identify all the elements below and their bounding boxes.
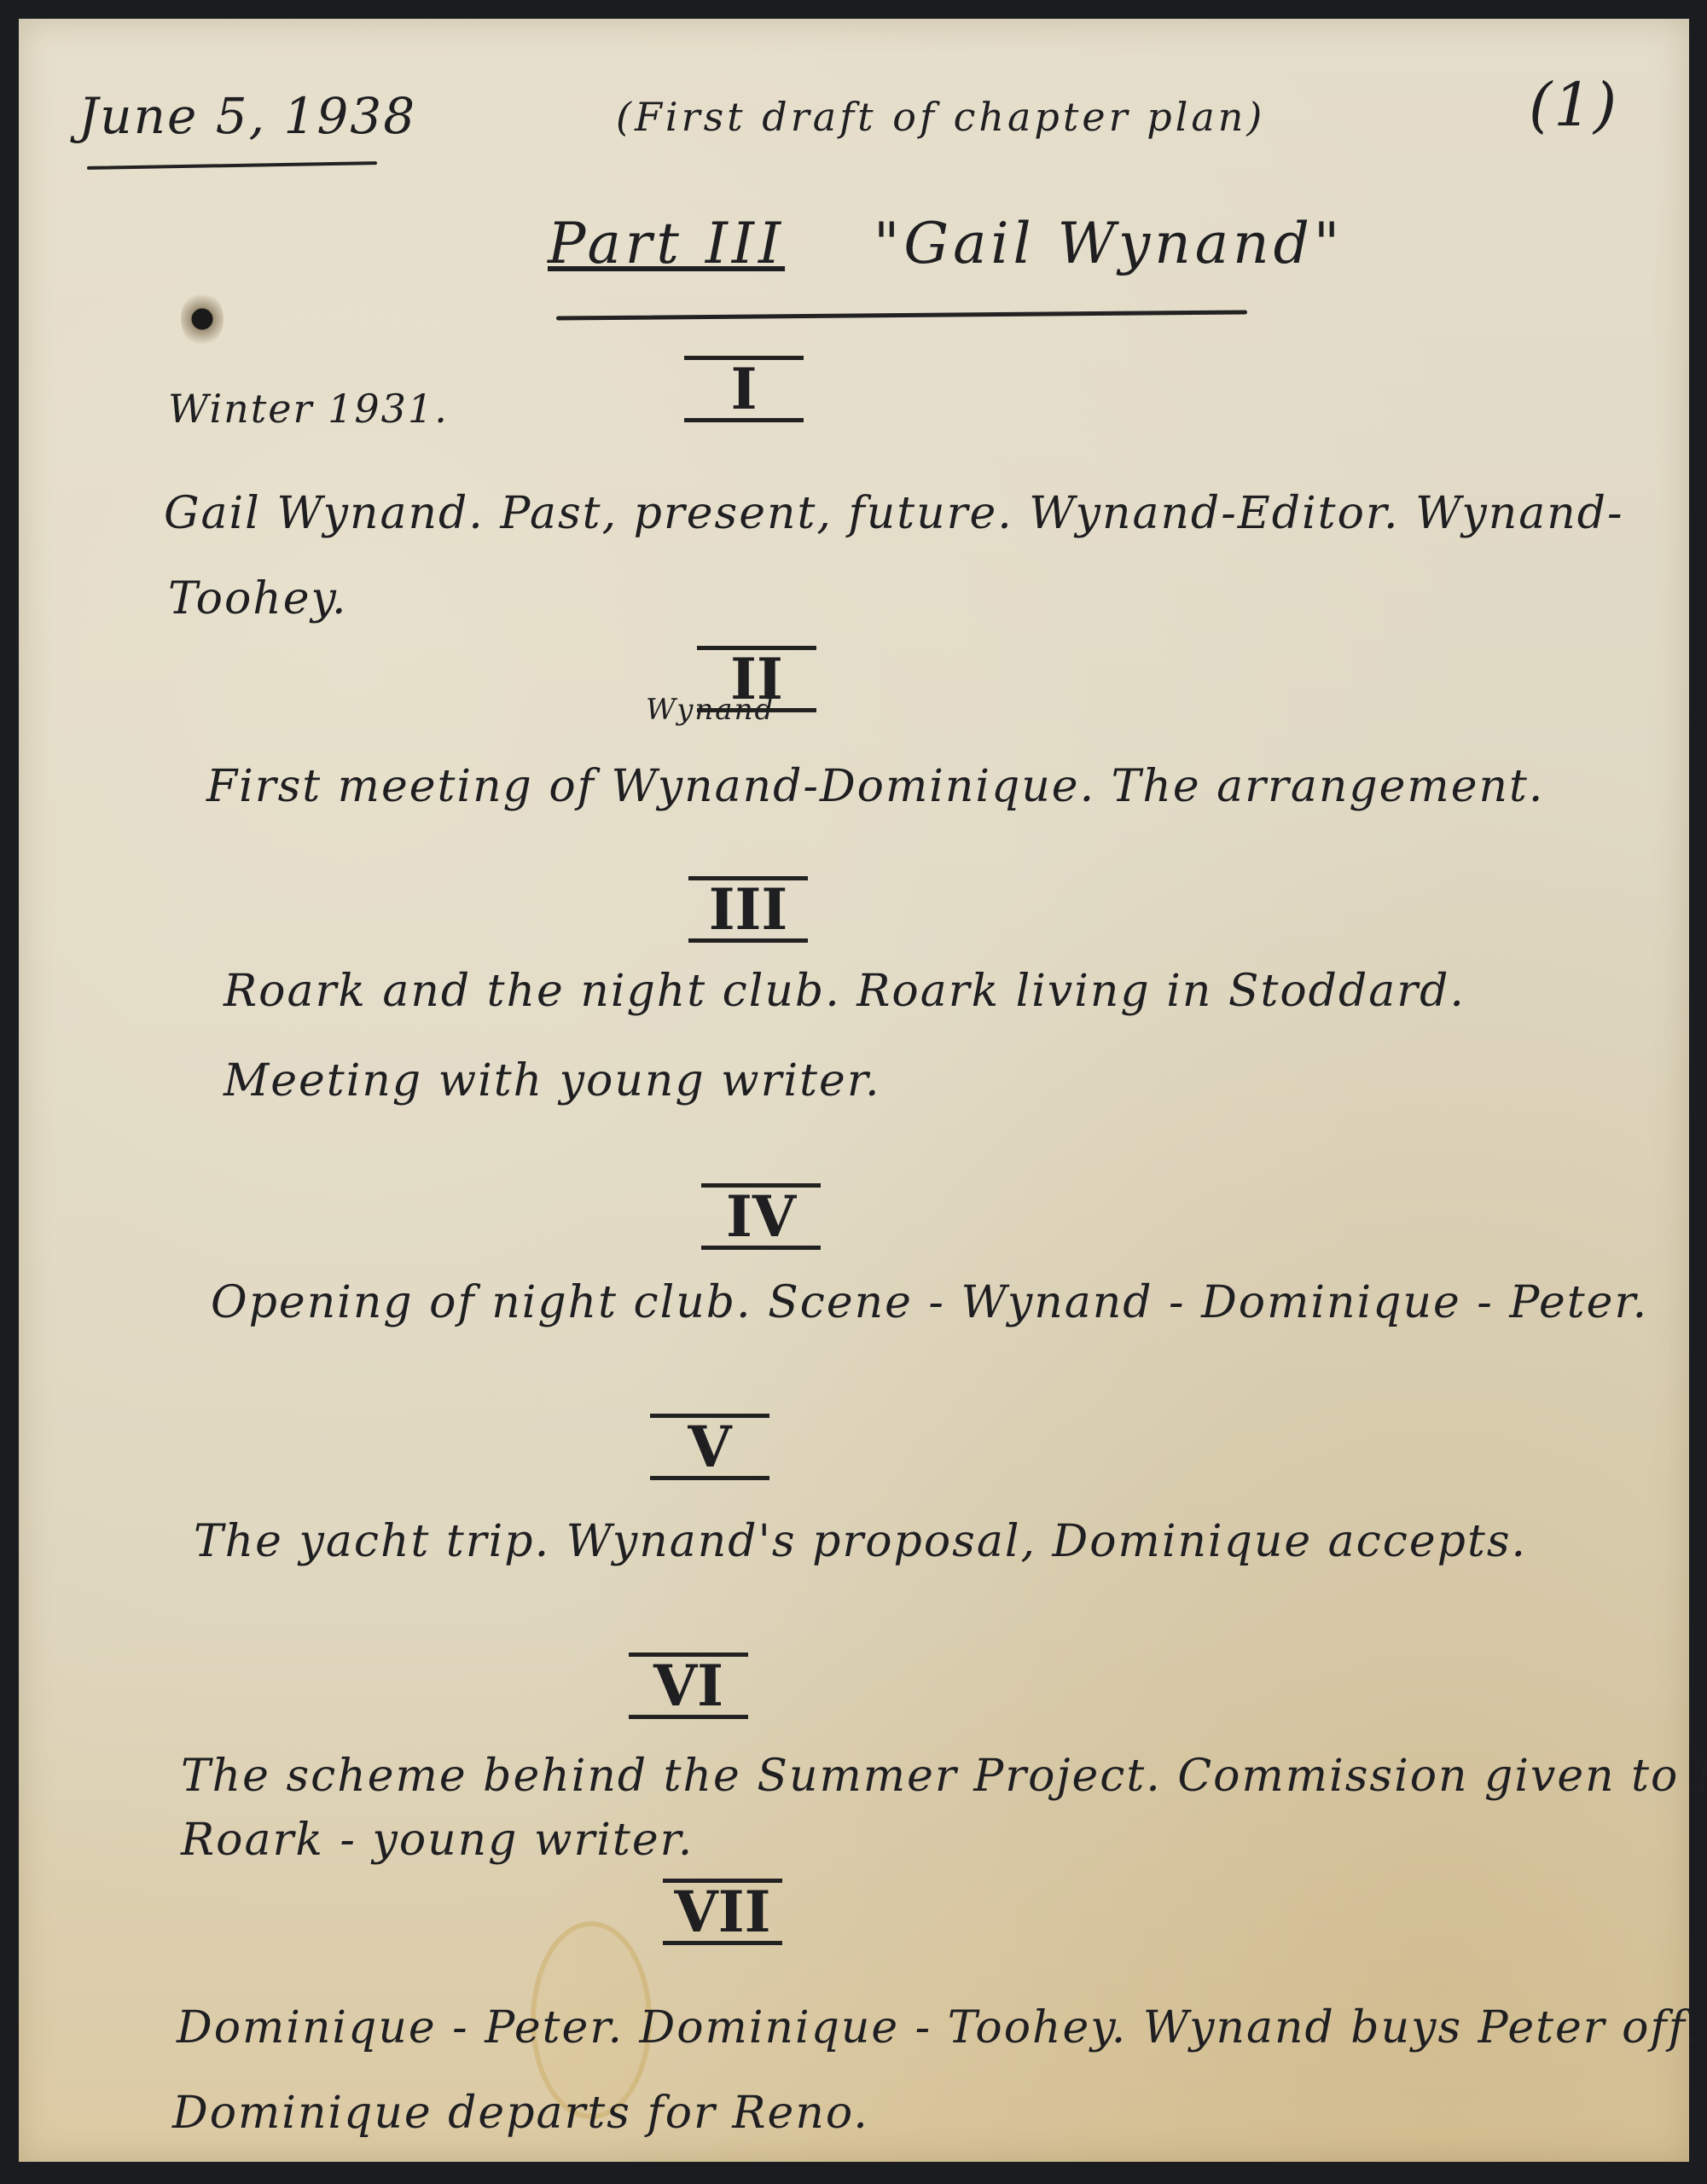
chapter-numeral: IV — [701, 1183, 821, 1250]
chapter-line: Gail Wynand. Past, present, future. Wyna… — [164, 488, 1624, 539]
page-number: (1) — [1529, 70, 1618, 140]
date-underline — [87, 161, 377, 170]
interlinear-insertion: Wynand — [646, 693, 775, 727]
manuscript-page: June 5, 1938 (First draft of chapter pla… — [19, 19, 1689, 2162]
subtitle: (First draft of chapter plan) — [616, 94, 1265, 140]
chapter-line: Opening of night club. Scene - Wynand - … — [211, 1277, 1648, 1328]
chapter-line: The scheme behind the Summer Project. Co… — [181, 1751, 1707, 1802]
chapter-numeral: V — [650, 1414, 769, 1480]
title-underline — [556, 310, 1247, 320]
chapter-numeral: I — [684, 356, 804, 422]
chapter-line: First meeting of Wynand-Dominique. The a… — [206, 761, 1544, 812]
chapter-line: Roark and the night club. Roark living i… — [224, 966, 1466, 1017]
date: June 5, 1938 — [78, 87, 416, 145]
chapter-line: Toohey. — [168, 573, 348, 624]
chapter-line: The yacht trip. Wynand's proposal, Domin… — [194, 1516, 1527, 1567]
chapter-line: Meeting with young writer. — [224, 1055, 881, 1107]
ink-blot — [181, 292, 224, 346]
chapter-line: Dominique departs for Reno. — [172, 2088, 869, 2139]
chapter-line: Roark - young writer. — [181, 1815, 694, 1866]
title-name: "Gail Wynand" — [874, 211, 1344, 276]
title-part: Part III — [548, 211, 785, 276]
page-title: Part III "Gail Wynand" — [548, 211, 1344, 276]
chapter-numeral: VII — [663, 1879, 782, 1945]
chapter-numeral: III — [688, 876, 808, 943]
chapter-line: Dominique - Peter. Dominique - Toohey. W… — [177, 2002, 1701, 2053]
chapter-numeral: VI — [629, 1653, 748, 1719]
season-note: Winter 1931. — [168, 386, 449, 432]
